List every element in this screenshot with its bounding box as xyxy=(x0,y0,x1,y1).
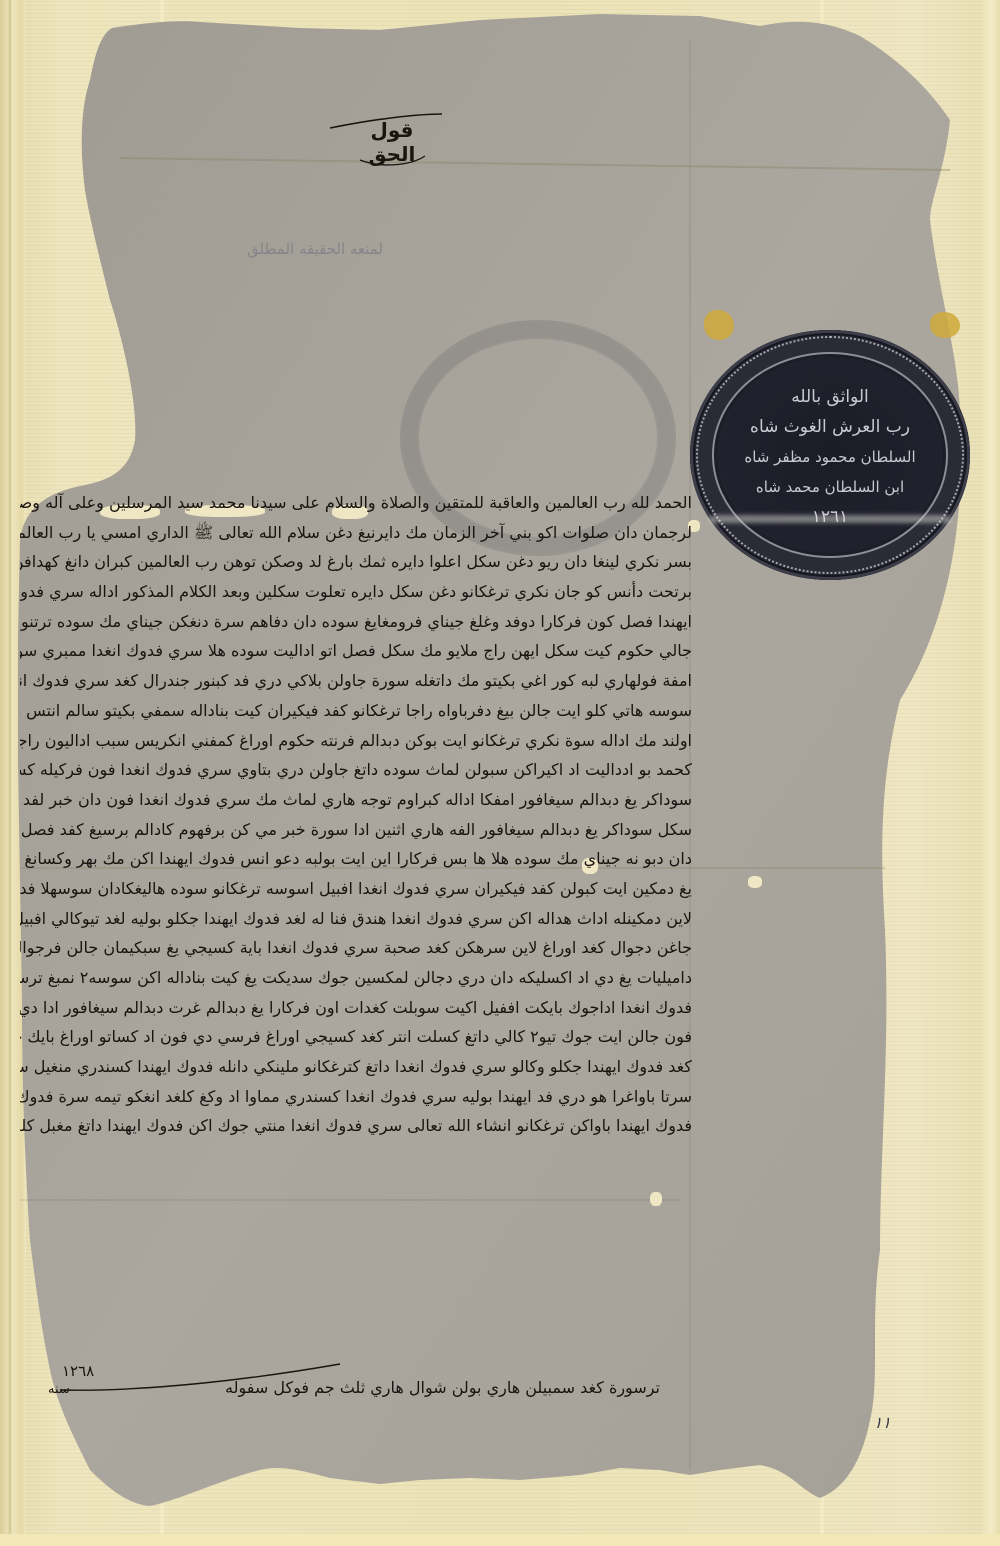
text-line: برتحت دأنس كو جان نكري ترغكانو دغن سكل د… xyxy=(20,577,692,607)
paper-loss xyxy=(650,1192,662,1206)
text-line: يغ دمكين ايت كبولن كفد فيكيران سري فدوك … xyxy=(20,874,692,904)
faint-inscription: لمنعه الحقيقه المطلق xyxy=(200,240,430,258)
invocation-heading: قول الحق xyxy=(352,118,432,166)
paper-loss xyxy=(748,876,762,888)
text-line: اولند مك اداله سوة نكري ترغكانو ايت بوكن… xyxy=(20,726,692,756)
text-line: فون جالن ايت جوك تيو٢ كالي داتغ كسلت انت… xyxy=(20,1022,692,1052)
text-line: فدوك انغدا اداجوك بايكت اففيل اكيت سوبلت… xyxy=(20,993,692,1023)
text-line: داميليات يغ دي اد اكسليكه دان دري دجالن … xyxy=(20,963,692,993)
royal-seal: الواثق بالله رب العرش الغوث شاه السلطان … xyxy=(690,330,970,580)
text-line: فدوك ايهندا باواكن ترغكانو انشاء الله تع… xyxy=(20,1111,692,1141)
seal-inscription: الواثق بالله رب العرش الغوث شاه السلطان … xyxy=(730,382,930,532)
text-line: الحمد لله رب العالمين والعاقبة للمتقين و… xyxy=(20,488,692,518)
text-line: كحمد بو ادداليت اد اكيراكن سبولن لماث سو… xyxy=(20,755,692,785)
seal-line: الواثق بالله xyxy=(730,382,930,412)
text-line: سكل سوداكر يغ دبدالم سيغافور الفه هاري ا… xyxy=(20,815,692,845)
text-line: سوسه هاتي كلو ايت جالن بيغ دفرباواه راجا… xyxy=(20,696,692,726)
text-line: دان دبو نه جيناي مك سوده هلا ها بس فركار… xyxy=(20,844,692,874)
seal-abrasion xyxy=(710,515,950,523)
text-line: سرتا باواغرا هو دري فد ايهندا بوليه سري … xyxy=(20,1082,692,1112)
text-line: لرجمان دان صلوات اكو بني آخر الزمان مك د… xyxy=(20,518,692,548)
text-line: سوداكر يغ دبدالم سيغافور امفكا اداله كبر… xyxy=(20,785,692,815)
gold-fleck xyxy=(930,312,960,338)
closing-date-line: ترسورة كغد سمبيلن هاري بولن شوال هاري ثل… xyxy=(330,1378,660,1397)
seal-line: السلطان محمود مظفر شاه xyxy=(730,442,930,472)
letter-body: الحمد لله رب العالمين والعاقبة للمتقين و… xyxy=(20,488,692,1141)
text-line: امفة فولهاري لبه كور اغي بكيتو مك داتغله… xyxy=(20,666,692,696)
text-line: بسر نكري لينغا دان ريو دغن سكل اعلوا داي… xyxy=(20,547,692,577)
text-line: جاغن دجوال كغد اوراغ لاين سرهكن كغد صحبة… xyxy=(20,933,692,963)
text-line: ايهندا فصل كون فركارا دوفد وغلغ جيناي فر… xyxy=(20,607,692,637)
seal-line: رب العرش الغوث شاه xyxy=(730,412,930,442)
gold-fleck xyxy=(704,310,734,340)
text-line: لاين دمكينله اداث هداله اكن سري فدوك انغ… xyxy=(20,904,692,934)
year-label: سنه xyxy=(48,1382,70,1397)
seal-line: ابن السلطان محمد شاه xyxy=(730,472,930,502)
hijri-year: ١٢٦٨ xyxy=(62,1362,94,1380)
text-line: كغد فدوك ايهندا جكلو وكالو سري فدوك انغد… xyxy=(20,1052,692,1082)
text-line: جالي حكوم كيت سكل ايهن راج ملايو مك سكل … xyxy=(20,636,692,666)
